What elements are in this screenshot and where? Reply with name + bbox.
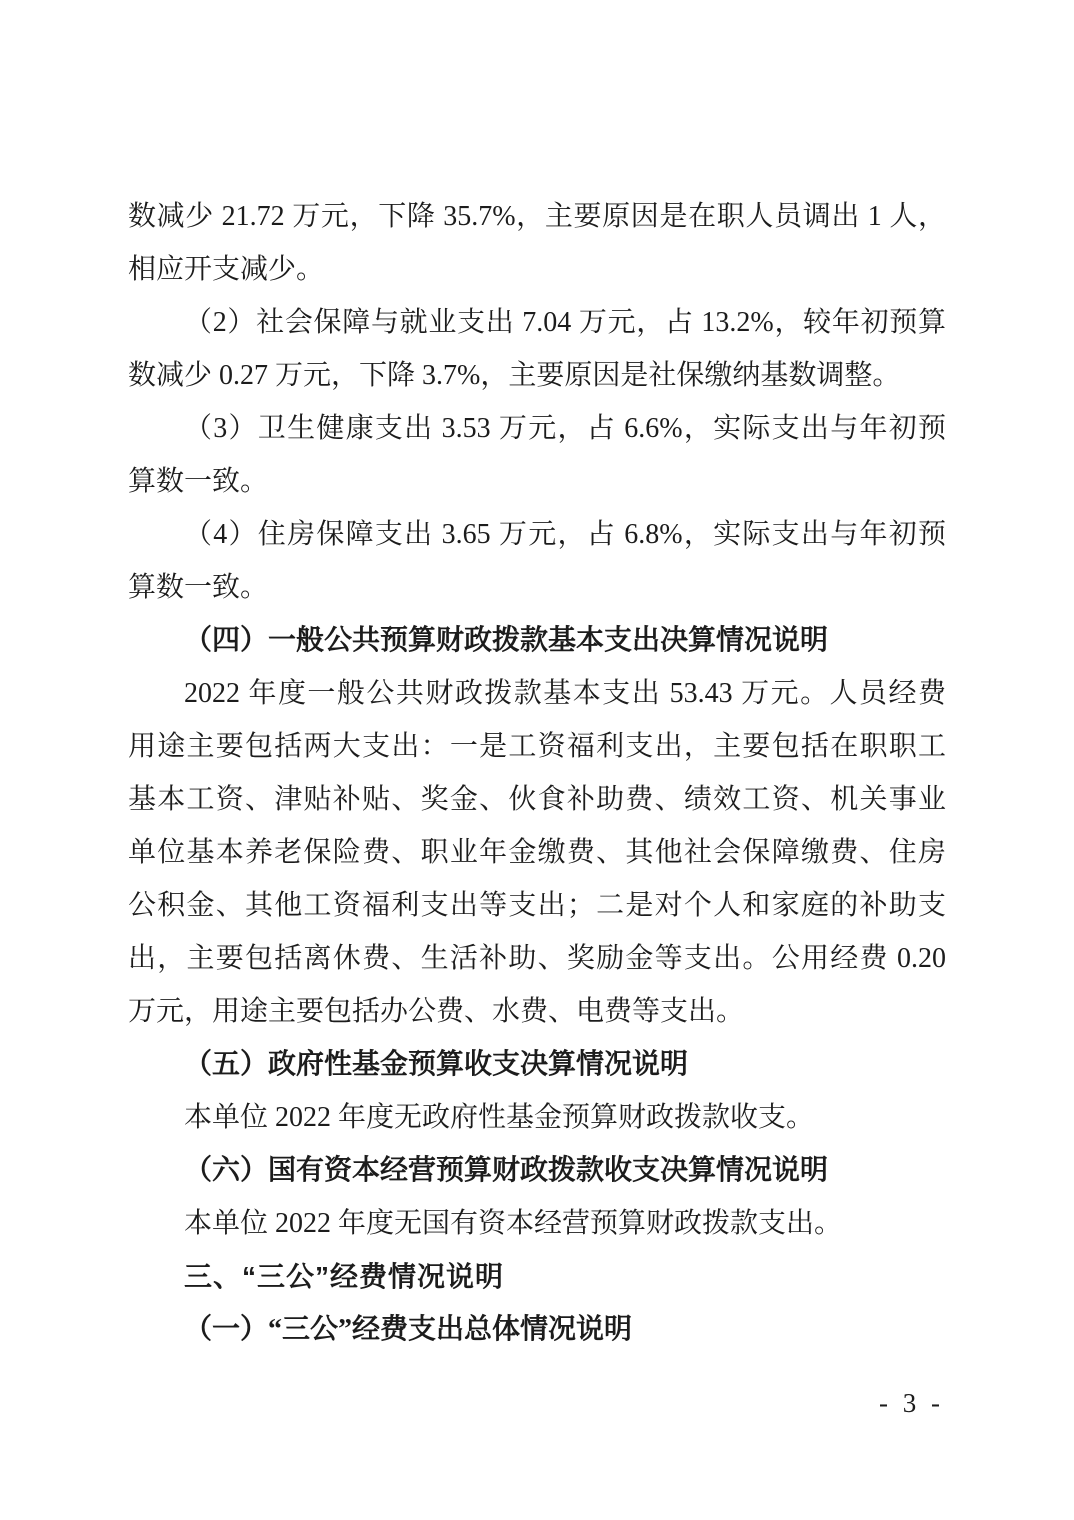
text-line: 基本工资、津贴补贴、奖金、伙食补助费、绩效工资、机关事业	[128, 773, 946, 826]
text-line: 相应开支减少。	[128, 243, 946, 296]
text-line: （2）社会保障与就业支出 7.04 万元，占 13.2%，较年初预算	[128, 296, 946, 349]
text-line: 万元，用途主要包括办公费、水费、电费等支出。	[128, 985, 946, 1038]
text-line: 用途主要包括两大支出：一是工资福利支出，主要包括在职职工	[128, 720, 946, 773]
text-line: 数减少 0.27 万元，下降 3.7%，主要原因是社保缴纳基数调整。	[128, 349, 946, 402]
text-line: 单位基本养老保险费、职业年金缴费、其他社会保障缴费、住房	[128, 826, 946, 879]
chapter-heading-three: 三、“三公”经费情况说明	[128, 1250, 946, 1303]
document-page: 数减少 21.72 万元，下降 35.7%，主要原因是在职人员调出 1 人， 相…	[0, 0, 1074, 1520]
section-heading-4: （四）一般公共预算财政拨款基本支出决算情况说明	[128, 614, 946, 667]
body-text: 数减少 21.72 万元，下降 35.7%，主要原因是在职人员调出 1 人， 相…	[128, 190, 946, 1356]
text-line: 数减少 21.72 万元，下降 35.7%，主要原因是在职人员调出 1 人，	[128, 190, 946, 243]
subsection-heading-1: （一）“三公”经费支出总体情况说明	[128, 1303, 946, 1356]
text-line: 公积金、其他工资福利支出等支出；二是对个人和家庭的补助支	[128, 879, 946, 932]
text-line: 出，主要包括离休费、生活补助、奖励金等支出。公用经费 0.20	[128, 932, 946, 985]
section-heading-6: （六）国有资本经营预算财政拨款收支决算情况说明	[128, 1144, 946, 1197]
text-line: 算数一致。	[128, 561, 946, 614]
text-line: （3）卫生健康支出 3.53 万元，占 6.6%，实际支出与年初预	[128, 402, 946, 455]
text-line: 本单位 2022 年度无国有资本经营预算财政拨款支出。	[128, 1197, 946, 1250]
text-line: 算数一致。	[128, 455, 946, 508]
text-line: （4）住房保障支出 3.65 万元，占 6.8%，实际支出与年初预	[128, 508, 946, 561]
text-line: 本单位 2022 年度无政府性基金预算财政拨款收支。	[128, 1091, 946, 1144]
page-number: - 3 -	[879, 1388, 944, 1418]
text-line: 2022 年度一般公共财政拨款基本支出 53.43 万元。人员经费	[128, 667, 946, 720]
section-heading-5: （五）政府性基金预算收支决算情况说明	[128, 1038, 946, 1091]
